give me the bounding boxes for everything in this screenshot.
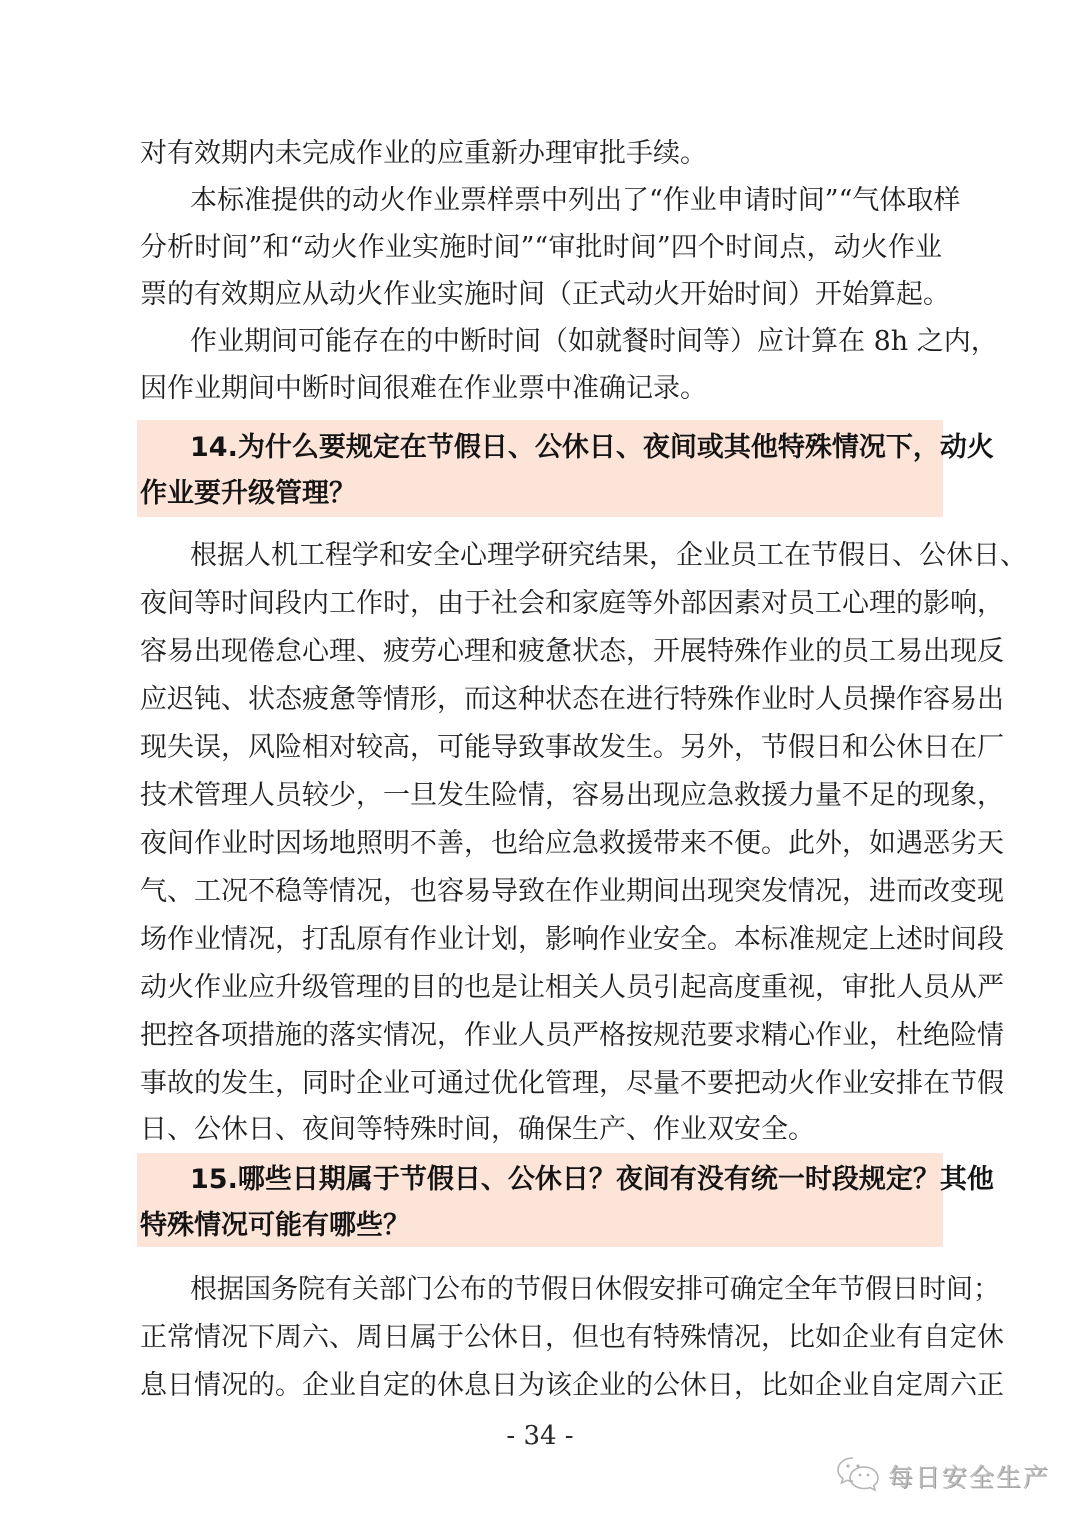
paragraph-line: 动火作业应升级管理的目的也是让相关人员引起高度重视，审批人员从严 (140, 964, 942, 1012)
question-heading-line: 作业要升级管理？ (140, 470, 940, 518)
page-number: - 34 - (480, 1416, 600, 1456)
paragraph-line: 分析时间”和“动火作业实施时间”“审批时间”四个时间点，动火作业 (140, 224, 942, 272)
question-heading-line: 15.哪些日期属于节假日、公休日？夜间有没有统一时段规定？其他 (190, 1156, 940, 1204)
paragraph-line: 作业期间可能存在的中断时间（如就餐时间等）应计算在 8h 之内， (190, 318, 942, 366)
paragraph-line: 把控各项措施的落实情况，作业人员严格按规范要求精心作业，杜绝险情 (140, 1012, 942, 1060)
paragraph-line: 场作业情况，打乱原有作业计划，影响作业安全。本标准规定上述时间段 (140, 916, 942, 964)
paragraph-line: 根据国务院有关部门公布的节假日休假安排可确定全年节假日时间； (190, 1266, 942, 1314)
paragraph-line: 事故的发生，同时企业可通过优化管理，尽量不要把动火作业安排在节假 (140, 1060, 942, 1108)
paragraph-line: 现失误，风险相对较高，可能导致事故发生。另外，节假日和公休日在厂 (140, 724, 942, 772)
paragraph-line: 正常情况下周六、周日属于公休日，但也有特殊情况，比如企业有自定休 (140, 1314, 942, 1362)
paragraph-line: 容易出现倦怠心理、疲劳心理和疲惫状态，开展特殊作业的员工易出现反 (140, 628, 942, 676)
paragraph-line: 技术管理人员较少，一旦发生险情，容易出现应急救援力量不足的现象， (140, 772, 942, 820)
wechat-watermark: 每日安全生产 (836, 1456, 1050, 1496)
paragraph-line: 因作业期间中断时间很难在作业票中准确记录。 (140, 365, 942, 413)
wechat-icon (836, 1455, 880, 1497)
document-page: 对有效期内未完成作业的应重新办理审批手续。本标准提供的动火作业票样票中列出了“作… (0, 0, 1080, 1528)
paragraph-line: 日、公休日、夜间等特殊时间，确保生产、作业双安全。 (140, 1106, 942, 1154)
paragraph-line: 根据人机工程学和安全心理学研究结果，企业员工在节假日、公休日、 (190, 532, 942, 580)
paragraph-line: 应迟钝、状态疲惫等情形，而这种状态在进行特殊作业时人员操作容易出 (140, 676, 942, 724)
paragraph-line: 票的有效期应从动火作业实施时间（正式动火开始时间）开始算起。 (140, 271, 942, 319)
paragraph-line: 夜间等时间段内工作时，由于社会和家庭等外部因素对员工心理的影响， (140, 580, 942, 628)
paragraph-line: 对有效期内未完成作业的应重新办理审批手续。 (140, 130, 942, 178)
paragraph-line: 本标准提供的动火作业票样票中列出了“作业申请时间”“气体取样 (190, 177, 942, 225)
paragraph-line: 息日情况的。企业自定的休息日为该企业的公休日，比如企业自定周六正 (140, 1362, 942, 1410)
watermark-text: 每日安全生产 (888, 1458, 1050, 1494)
paragraph-line: 夜间作业时因场地照明不善，也给应急救援带来不便。此外，如遇恶劣天 (140, 820, 942, 868)
paragraph-line: 气、工况不稳等情况，也容易导致在作业期间出现突发情况，进而改变现 (140, 868, 942, 916)
question-heading-line: 14.为什么要规定在节假日、公休日、夜间或其他特殊情况下，动火 (190, 424, 940, 472)
question-heading-line: 特殊情况可能有哪些？ (140, 1202, 940, 1250)
